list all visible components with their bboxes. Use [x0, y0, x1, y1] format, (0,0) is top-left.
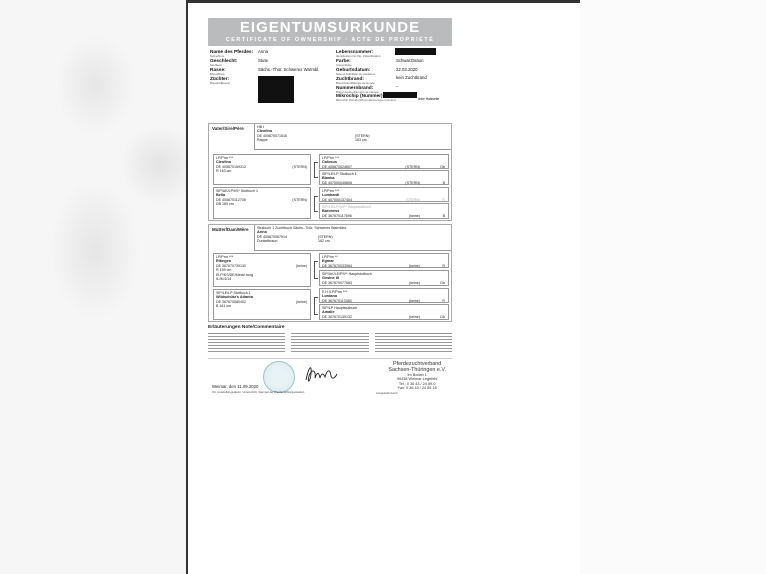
certificate-subtitle: CERTIFICATE OF OWNERSHIP · ACTE DE PROPR…	[208, 36, 452, 44]
sire-section-label: Vater/Sire/Père	[212, 126, 244, 131]
certificate-footer: Weimar, den 11.09.2020 Ort, Ausstellungs…	[208, 358, 452, 401]
notes-column-german	[208, 332, 285, 354]
life-number-redacted	[395, 48, 436, 55]
breeder-field: Züchter: Breeder/Éleveur	[210, 76, 230, 85]
dam-pedigree-section: Mutter/Dam/Mère Stutbuch 1 Zuchtbuch Säc…	[208, 224, 452, 322]
breed-field: Rasse: Breed/Race	[210, 67, 226, 76]
breeding-association: Pferdezuchtverband Sachsen-Thüringen e.V…	[388, 361, 446, 390]
official-stamp-icon	[263, 361, 295, 393]
notes-title: Erläuterungen Note/Commentaire	[208, 325, 452, 330]
sire-granddam-box: SIP/AK/LP/hS* Stutbuch 1 Bella DE 405870…	[213, 187, 311, 219]
bracket	[314, 261, 318, 279]
grandsire-name: Cleofino	[216, 160, 231, 164]
horse-number-brand: –	[396, 84, 398, 89]
horse-info: Name des Pferdes: Name/Nom Anna Geschlec…	[208, 49, 452, 109]
blurred-background-left	[0, 0, 186, 574]
ownership-certificate: EIGENTUMSURKUNDE CERTIFICATE OF OWNERSHI…	[208, 18, 452, 401]
background-right	[580, 0, 766, 574]
sire-grandsire-box: LP/Prm *** Cleofino DE 405870159312(STER…	[213, 154, 311, 185]
certificate-banner: EIGENTUMSURKUNDE CERTIFICATE OF OWNERSHI…	[208, 18, 452, 46]
footer-small-text: Ort, Ausstellungsdatum, Unterschrift, St…	[212, 391, 304, 394]
certificate-title: EIGENTUMSURKUNDE	[208, 18, 452, 36]
name-field: Name des Pferdes: Name/Nom	[210, 49, 253, 58]
sex-field: Geschlecht: Sex/Sexe	[210, 58, 237, 67]
horse-color: Schwarzbraun	[396, 58, 423, 63]
dam-granddam-box: SIP/LE/LP Stutbuch 1 Wildschütz's Atlant…	[213, 289, 311, 320]
issued-by-label: Ausgestellt durch	[376, 391, 397, 395]
horse-breed: Sächs.-Thür. Schweres Warmbl.	[258, 67, 319, 72]
horse-name: Anna	[258, 49, 268, 54]
breeder-redacted	[258, 76, 294, 103]
microchip-redacted	[383, 92, 417, 98]
horse-brand: kein Zuchtbrand	[396, 75, 427, 80]
granddam-name: Bella	[216, 193, 225, 197]
life-number-field: Lebensnummer: Identification No./No. d'i…	[336, 49, 380, 58]
dam-ggd2-box: SIP/LP Hauptstutbuch Amalie DE 367670139…	[319, 304, 449, 320]
color-field: Farbe: Colour/Robe	[336, 58, 352, 67]
brand-field: Zuchtbrand: Breed brand/Marque de la rac…	[336, 76, 375, 85]
dob-field: Geburtsdatum: Date of birth/Date de nais…	[336, 67, 375, 76]
sire-ggd2-box: SIP/LE/LP/hS** Hauptstutbuch Baroness DE…	[319, 203, 449, 219]
sire-ggs2-box: LP/Prm *** Lombardi DE 407000137404(STER…	[319, 187, 449, 202]
bracket	[314, 162, 318, 178]
microchip-position: linke Halsseite	[418, 97, 439, 101]
horse-dob: 22.03.2020	[396, 67, 418, 72]
signature-icon	[303, 362, 339, 386]
dam-section-label: Mutter/Dam/Mère	[212, 227, 249, 232]
sire-pedigree-section: Vater/Sire/Père HB I Cleofino DE 4058700…	[208, 123, 452, 221]
notes-column-french	[375, 332, 452, 354]
dam-grandsire-box: LP/Prm *** Ettingen DE 367670739130(kein…	[213, 253, 311, 287]
bracket	[314, 196, 318, 212]
dam-name: Arina	[257, 230, 267, 234]
page-top-edge	[186, 0, 580, 3]
notes-column-english	[291, 332, 368, 354]
bracket	[314, 297, 318, 315]
dam-ggs2-box: E.H./LP/Prm *** Lordano DE 367670113383(…	[319, 288, 449, 303]
dam-ggs1-box: LP/Prm ** Egmar DE 367670033984(keine)R	[319, 253, 449, 268]
sire-ggd1-box: SIP/LE/LP Stutbuch 1 Bianka DE 407000045…	[319, 170, 449, 185]
sire-box: HB I Cleofino DE 405870071516(STERN) Rap…	[254, 124, 451, 150]
sire-ggs1-box: LP/Prm *** Colosus DE 405870024607(STERN…	[319, 154, 449, 169]
sire-name: Cleofino	[257, 129, 272, 133]
dam-ggd1-box: SIP/AK/LE/PS** Hauptstutbuch Gesine III …	[319, 270, 449, 286]
place-and-date: Weimar, den 11.09.2020	[212, 384, 258, 389]
horse-sex: Stute	[258, 58, 268, 63]
notes-text-columns	[208, 332, 452, 354]
dam-box: Stutbuch 1 Zuchtbuch Sächs.-Thür. Schwer…	[254, 225, 451, 251]
